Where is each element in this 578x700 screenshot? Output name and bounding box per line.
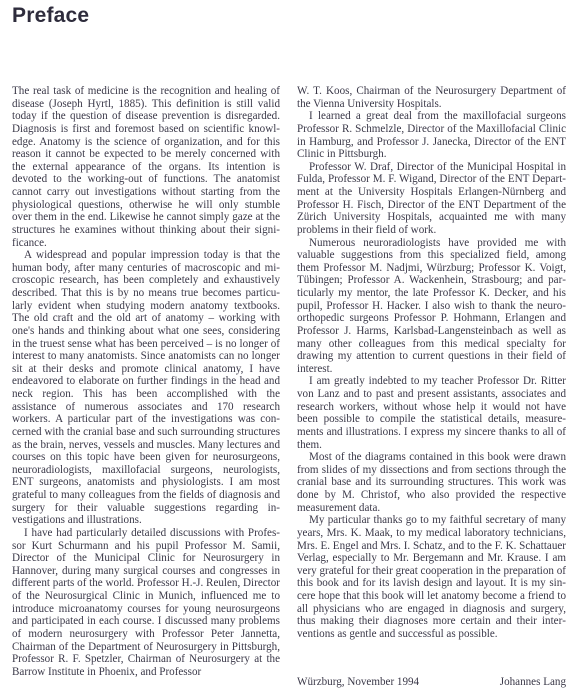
author-name: Johannes Lang (500, 676, 566, 689)
paragraph: I have had particularly detailed discuss… (12, 527, 280, 679)
paragraph: Numerous neuroradiologists have provided… (297, 237, 566, 376)
signature-line: Würzburg, November 1994 Johannes Lang (297, 676, 566, 689)
left-column: The real task of medicine is the recogni… (12, 85, 280, 678)
paragraph: Most of the diagrams contained in this b… (297, 451, 566, 514)
paragraph: I learned a great deal from the maxillof… (297, 110, 566, 161)
paragraph: Professor W. Draf, Director of the Munic… (297, 161, 566, 237)
paragraph: W. T. Koos, Chairman of the Neurosurgery… (297, 85, 566, 110)
place-date: Würzburg, November 1994 (297, 676, 419, 689)
paragraph: A widespread and popular impression toda… (12, 249, 280, 527)
paragraph: The real task of medicine is the recogni… (12, 85, 280, 249)
paragraph: My particular thanks go to my faithful s… (297, 514, 566, 640)
paragraph: I am greatly indebted to my teacher Prof… (297, 375, 566, 451)
page-title: Preface (12, 4, 89, 28)
right-column: W. T. Koos, Chairman of the Neurosurgery… (297, 85, 566, 641)
